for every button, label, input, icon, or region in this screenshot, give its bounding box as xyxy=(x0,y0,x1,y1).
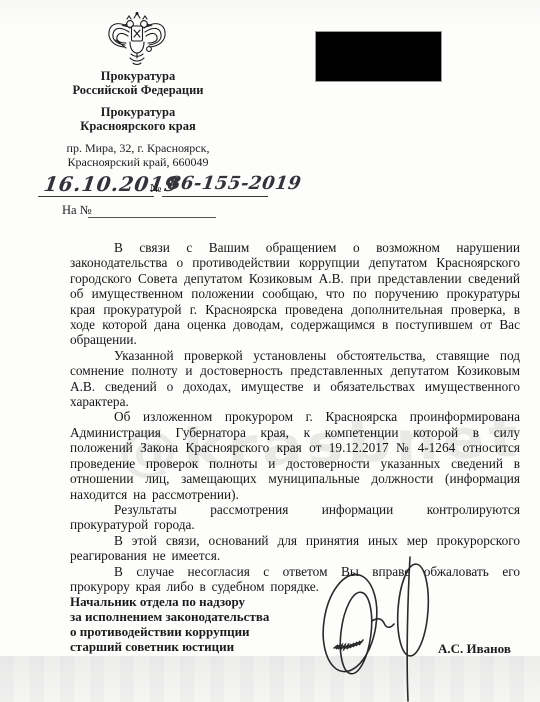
body-paragraph: В связи с Вашим обращением о возможном н… xyxy=(70,240,520,348)
body-paragraph: В этой связи, оснований для принятия ины… xyxy=(70,533,520,564)
number-underline xyxy=(162,196,268,197)
scan-artifact-band xyxy=(0,656,540,702)
letter-body: В связи с Вашим обращением о возможном н… xyxy=(70,240,520,594)
signer-title-line: Начальник отдела по надзору xyxy=(70,594,310,609)
signer-rank: старший советник юстиции xyxy=(70,639,234,655)
org-address-line: пр. Мира, 32, г. Красноярск, xyxy=(38,142,238,156)
body-paragraph: Указанной проверкой установлены обстояте… xyxy=(70,348,520,410)
number-sign: № xyxy=(150,181,161,196)
letterhead: Прокуратура Российской Федерации Прокура… xyxy=(38,70,238,169)
russia-coat-of-arms-icon xyxy=(106,12,168,67)
handwritten-number: 86-155-2019 xyxy=(167,173,303,194)
org-name-line: Прокуратура xyxy=(38,106,238,120)
org-name-line: Прокуратура xyxy=(38,70,238,84)
signer-title-line: за исполнением законодательства xyxy=(70,609,310,624)
signer-title-block: Начальник отдела по надзору за исполнени… xyxy=(70,594,310,639)
body-paragraph: Об изложенном прокурором г. Красноярска … xyxy=(70,409,520,501)
org-name-line: Красноярского края xyxy=(38,120,238,134)
reply-reference-label: На № xyxy=(62,203,92,218)
signer-title-line: о противодействии коррупции xyxy=(70,624,310,639)
redaction-box xyxy=(315,31,442,82)
body-paragraph: В случае несогласия с ответом Вы вправе … xyxy=(70,564,520,595)
scanned-letter-page: @krasbnet xyxy=(0,0,540,702)
org-name-line: Российской Федерации xyxy=(38,84,238,98)
org-address-line: Красноярский край, 660049 xyxy=(38,156,238,170)
body-paragraph: Результаты рассмотрения информации контр… xyxy=(70,502,520,533)
date-underline xyxy=(38,196,154,197)
reply-reference-underline xyxy=(88,217,216,218)
